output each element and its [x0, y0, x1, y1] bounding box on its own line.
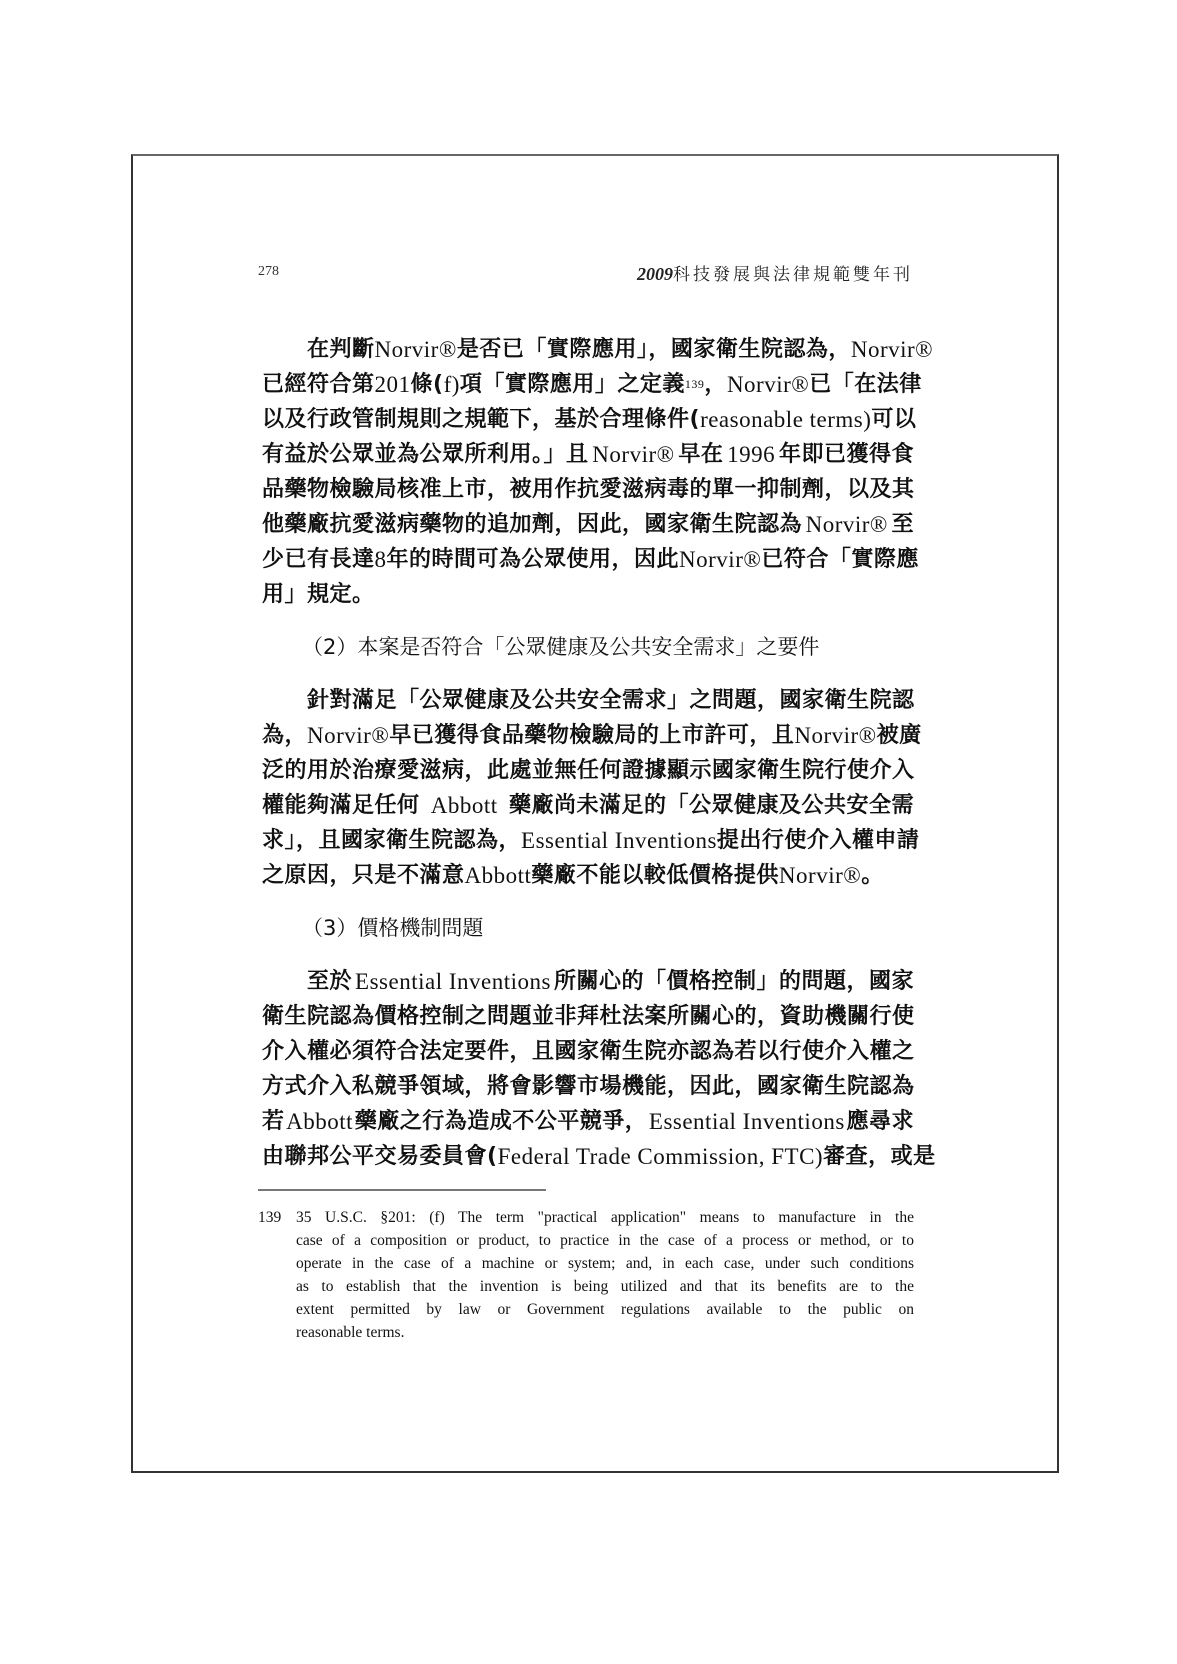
text-line: 為，Norvir®早已獲得食品藥物檢驗局的上市許可，且 Norvir®被廣	[262, 718, 914, 753]
body-text: 在判斷 Norvir®是否已「實際應用」，國家衛生院認為，Norvir®已經符合…	[262, 332, 914, 1174]
footnote-text: 35 U.S.C. §201: (f) The term "practical …	[296, 1206, 914, 1344]
footnote-line: 35 U.S.C. §201: (f) The term "practical …	[296, 1206, 914, 1229]
footnote-line: as to establish that the invention is be…	[296, 1275, 914, 1298]
text-line: 在判斷 Norvir®是否已「實際應用」，國家衛生院認為，Norvir®	[262, 332, 914, 367]
footnote-separator	[258, 1189, 546, 1191]
footnote-line: extent permitted by law or Government re…	[296, 1298, 914, 1321]
text-line: 用」規定。	[262, 577, 914, 612]
text-line: 有益於公眾並為公眾所利用。」且 Norvir®早在1996年即已獲得食	[262, 437, 914, 472]
footnote-line: case of a composition or product, to pra…	[296, 1229, 914, 1252]
section-heading-3: （3）價格機制問題	[262, 911, 914, 946]
journal-title: 科技發展與法律規範雙年刊	[673, 265, 913, 285]
paragraph-2: 針對滿足「公眾健康及公共安全需求」之問題，國家衛生院認為，Norvir®早已獲得…	[262, 683, 914, 893]
journal-year: 2009	[637, 264, 673, 284]
footnote-line: reasonable terms.	[296, 1321, 914, 1344]
text-line: 至於 Essential Inventions 所關心的「價格控制」的問題，國家	[262, 964, 914, 999]
paragraph-1: 在判斷 Norvir®是否已「實際應用」，國家衛生院認為，Norvir®已經符合…	[262, 332, 914, 612]
footnote-number: 139	[258, 1206, 296, 1344]
paragraph-3: 至於 Essential Inventions 所關心的「價格控制」的問題，國家…	[262, 964, 914, 1174]
text-line: 方式介入私競爭領域，將會影響市場機能，因此，國家衛生院認為	[262, 1069, 914, 1104]
footnote-line: operate in the case of a machine or syst…	[296, 1252, 914, 1275]
text-line: 品藥物檢驗局核准上市，被用作抗愛滋病毒的單一抑制劑，以及其	[262, 472, 914, 507]
text-line: 介入權必須符合法定要件，且國家衛生院亦認為若以行使介入權之	[262, 1034, 914, 1069]
text-line: 衛生院認為價格控制之問題並非拜杜法案所關心的，資助機關行使	[262, 999, 914, 1034]
footnotes: 13935 U.S.C. §201: (f) The term "practic…	[258, 1206, 914, 1344]
text-line: 以及行政管制規則之規範下，基於合理條件(reasonable terms)可以	[262, 402, 914, 437]
running-head: 2009科技發展與法律規範雙年刊	[637, 260, 913, 285]
text-line: 泛的用於治療愛滋病，此處並無任何證據顯示國家衛生院行使介入	[262, 753, 914, 788]
text-line: 少已有長達8年的時間可為公眾使用，因此 Norvir®已符合「實際應	[262, 542, 914, 577]
footnote-ref-139[interactable]: 139	[685, 367, 705, 402]
text-line: 針對滿足「公眾健康及公共安全需求」之問題，國家衛生院認	[262, 683, 914, 718]
text-line: 求」，且國家衛生院認為，Essential Inventions 提出行使介入權…	[262, 823, 914, 858]
text-line: 已經符合第201條(f)項「實際應用」之定義139，Norvir®已「在法律	[262, 367, 914, 402]
text-line: 若 Abbott 藥廠之行為造成不公平競爭，Essential Inventio…	[262, 1104, 914, 1139]
text-line: 由聯邦公平交易委員會(Federal Trade Commission, FTC…	[262, 1139, 914, 1174]
footnote-139: 13935 U.S.C. §201: (f) The term "practic…	[258, 1206, 914, 1344]
text-line: 他藥廠抗愛滋病藥物的追加劑，因此，國家衛生院認為 Norvir®至	[262, 507, 914, 542]
text-line: 之原因，只是不滿意 Abbott 藥廠不能以較低價格提供 Norvir®。	[262, 858, 914, 893]
page-number: 278	[258, 264, 279, 280]
text-line: 權能夠滿足任何 Abbott 藥廠尚未滿足的「公眾健康及公共安全需	[262, 788, 914, 823]
section-heading-2: （2）本案是否符合「公眾健康及公共安全需求」之要件	[262, 630, 914, 665]
